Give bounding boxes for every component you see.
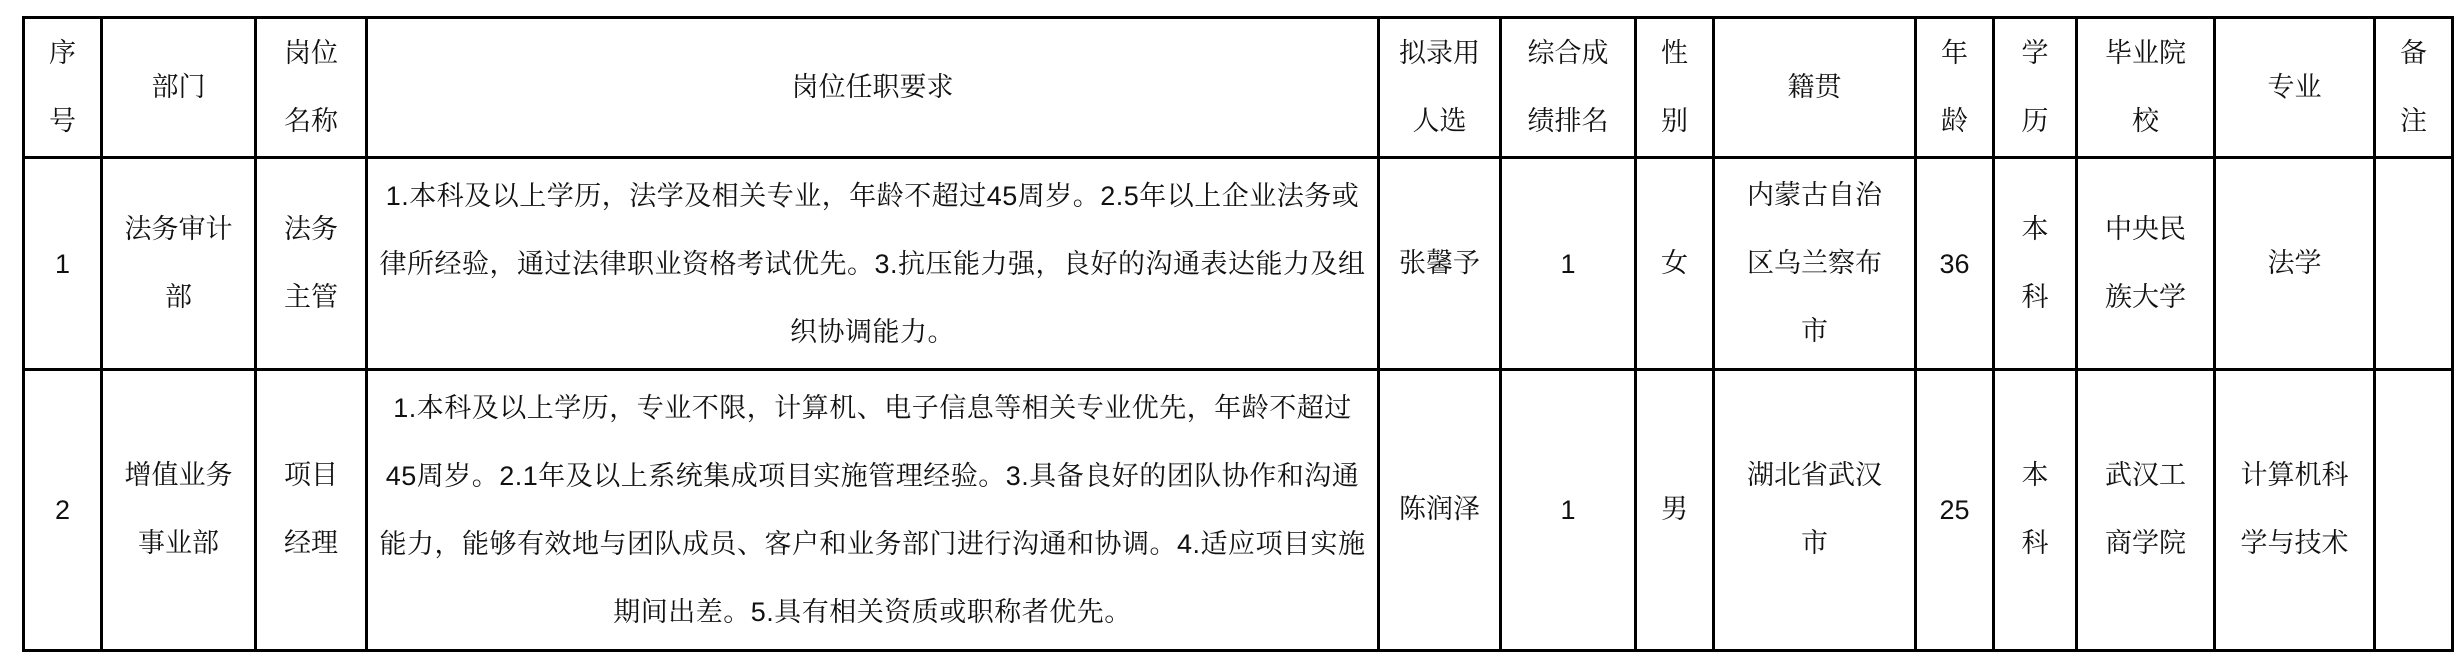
cell-education: 本科	[1994, 158, 2077, 370]
cell-position: 法务主管	[256, 158, 367, 370]
header-row: 序号 部门 岗位名称 岗位任职要求 拟录用人选 综合成绩排名 性别 籍贯 年龄 …	[24, 18, 2453, 158]
header-rank: 综合成绩排名	[1501, 18, 1636, 158]
header-education: 学历	[1994, 18, 2077, 158]
cell-candidate: 张馨予	[1379, 158, 1501, 370]
cell-requirements: 1.本科及以上学历，法学及相关专业，年龄不超过45周岁。2.5年以上企业法务或律…	[367, 158, 1379, 370]
cell-position: 项目经理	[256, 370, 367, 651]
header-major: 专业	[2215, 18, 2375, 158]
header-gender: 性别	[1636, 18, 1714, 158]
recruitment-table: 序号 部门 岗位名称 岗位任职要求 拟录用人选 综合成绩排名 性别 籍贯 年龄 …	[22, 16, 2454, 652]
cell-gender: 男	[1636, 370, 1714, 651]
cell-native-place: 内蒙古自治区乌兰察布市	[1714, 158, 1916, 370]
header-candidate: 拟录用人选	[1379, 18, 1501, 158]
cell-education: 本科	[1994, 370, 2077, 651]
cell-index: 1	[24, 158, 102, 370]
cell-gender: 女	[1636, 158, 1714, 370]
header-age: 年龄	[1916, 18, 1994, 158]
cell-school: 中央民族大学	[2077, 158, 2215, 370]
cell-school: 武汉工商学院	[2077, 370, 2215, 651]
cell-age: 36	[1916, 158, 1994, 370]
cell-major: 计算机科学与技术	[2215, 370, 2375, 651]
cell-department: 增值业务事业部	[102, 370, 256, 651]
cell-native-place: 湖北省武汉市	[1714, 370, 1916, 651]
cell-index: 2	[24, 370, 102, 651]
header-position: 岗位名称	[256, 18, 367, 158]
header-index: 序号	[24, 18, 102, 158]
table-row: 1 法务审计部 法务主管 1.本科及以上学历，法学及相关专业，年龄不超过45周岁…	[24, 158, 2453, 370]
header-native-place: 籍贯	[1714, 18, 1916, 158]
cell-major: 法学	[2215, 158, 2375, 370]
cell-remarks	[2375, 158, 2453, 370]
cell-requirements: 1.本科及以上学历，专业不限，计算机、电子信息等相关专业优先，年龄不超过45周岁…	[367, 370, 1379, 651]
cell-rank: 1	[1501, 370, 1636, 651]
table-row: 2 增值业务事业部 项目经理 1.本科及以上学历，专业不限，计算机、电子信息等相…	[24, 370, 2453, 651]
cell-age: 25	[1916, 370, 1994, 651]
cell-department: 法务审计部	[102, 158, 256, 370]
header-school: 毕业院校	[2077, 18, 2215, 158]
header-remarks: 备注	[2375, 18, 2453, 158]
cell-rank: 1	[1501, 158, 1636, 370]
cell-remarks	[2375, 370, 2453, 651]
header-requirements: 岗位任职要求	[367, 18, 1379, 158]
header-department: 部门	[102, 18, 256, 158]
cell-candidate: 陈润泽	[1379, 370, 1501, 651]
